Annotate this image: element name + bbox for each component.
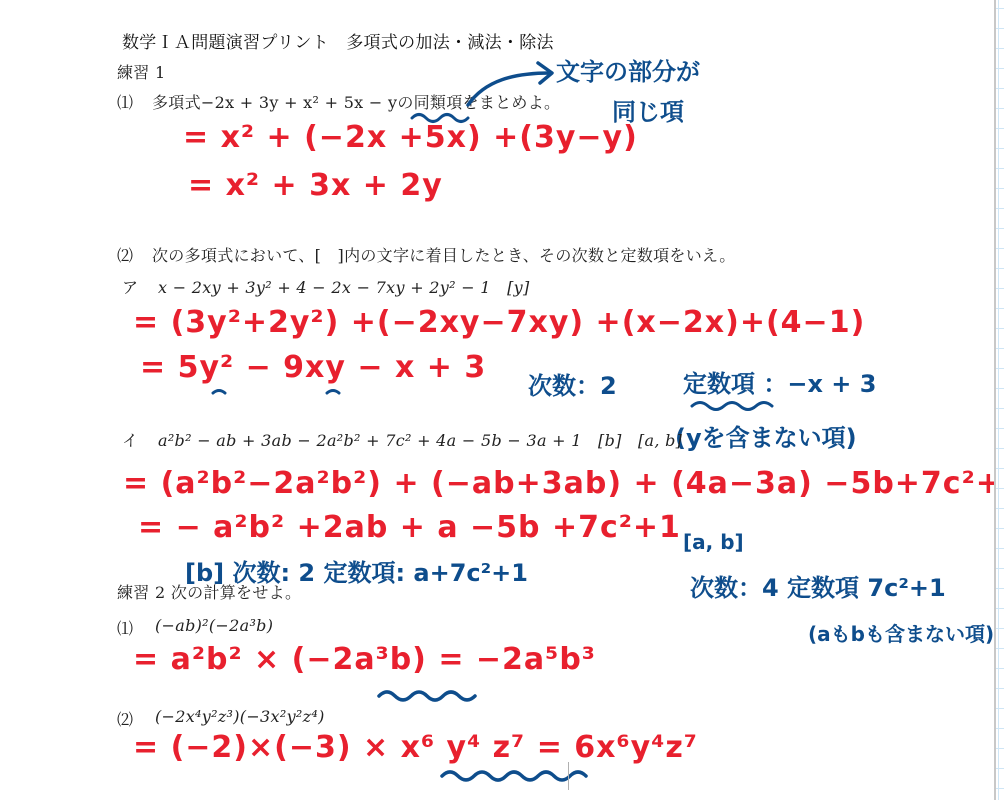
- q2b-label: イ: [122, 428, 138, 451]
- q2a-degree-answer: 次数：2: [528, 366, 617, 401]
- q1-work-line2: = x² + 3x + 2y: [188, 168, 443, 203]
- q2-question-text: 次の多項式において、[ ]内の文字に着目したとき、その次数と定数項をいえ。: [152, 243, 736, 266]
- p2-q1-label: ⑴: [117, 616, 133, 639]
- q2a-expression: x − 2xy + 3y² + 4 − 2x − 7xy + 2y² − 1 […: [158, 275, 530, 298]
- wavy-underline-constant-icon: [690, 398, 780, 412]
- q1-label: ⑴: [117, 90, 133, 113]
- q2b-work-line1: = (a²b²−2a²b²) + (−ab+3ab) + (4a−3a) −5b…: [123, 466, 1004, 501]
- q2b-ab-answer: 次数：4 定数項 7c²+1: [690, 568, 946, 603]
- note-same-letters-line1: 文字の部分が: [556, 52, 700, 87]
- q2b-expression: a²b² − ab + 3ab − 2a²b² + 7c² + 4a − 5b …: [158, 428, 682, 451]
- practice2-heading: 練習 2 次の計算をせよ。: [117, 580, 301, 603]
- q2b-work-line2: = − a²b² +2ab + a −5b +7c²+1: [138, 510, 681, 545]
- p2-q2-label: ⑵: [117, 707, 133, 730]
- q2a-label: ア: [122, 275, 138, 298]
- q1-work-line1: = x² + (−2x +5x) +(3y−y): [183, 120, 638, 155]
- q2a-constant-answer: 定数項 ：−x + 3: [683, 364, 876, 399]
- q2a-work-line2: = 5y² − 9xy − x + 3: [140, 350, 486, 385]
- wavy-underline-answer2-icon: [438, 766, 598, 784]
- arrow-annotation-icon: [460, 55, 560, 115]
- wavy-underline-answer1-icon: [375, 686, 485, 702]
- q2a-constant-note: (yを含まない項): [675, 418, 857, 453]
- q2b-ab-note: (aもbも含まない項): [808, 618, 994, 647]
- notebook-viewport[interactable]: 数学ＩＡ問題演習プリント 多項式の加法・減法・除法 練習 1 ⑴ 多項式−2x …: [0, 0, 1004, 800]
- p2-q2-expression: (−2x⁴y²z³)(−3x²y²z⁴): [155, 707, 325, 726]
- p2-q1-work: = a²b² × (−2a³b) = −2a⁵b³: [133, 642, 596, 677]
- q2-label: ⑵: [117, 243, 133, 266]
- grid-background: [996, 0, 1004, 800]
- p2-q2-work: = (−2)×(−3) × x⁶ y⁴ z⁷ = 6x⁶y⁴z⁷: [133, 730, 698, 765]
- worksheet-title: 数学ＩＡ問題演習プリント 多項式の加法・減法・除法: [122, 28, 554, 53]
- text-cursor: [568, 762, 569, 790]
- wavy-underline-y-icon: [205, 385, 345, 399]
- q2a-work-line1: = (3y²+2y²) +(−2xy−7xy) +(x−2x)+(4−1): [133, 305, 865, 340]
- p2-q1-expression: (−ab)²(−2a³b): [155, 616, 273, 635]
- practice1-heading: 練習 1: [117, 60, 165, 83]
- worksheet-page[interactable]: 数学ＩＡ問題演習プリント 多項式の加法・減法・除法 練習 1 ⑴ 多項式−2x …: [0, 0, 994, 800]
- q2b-ab-label: [a, b]: [683, 530, 744, 554]
